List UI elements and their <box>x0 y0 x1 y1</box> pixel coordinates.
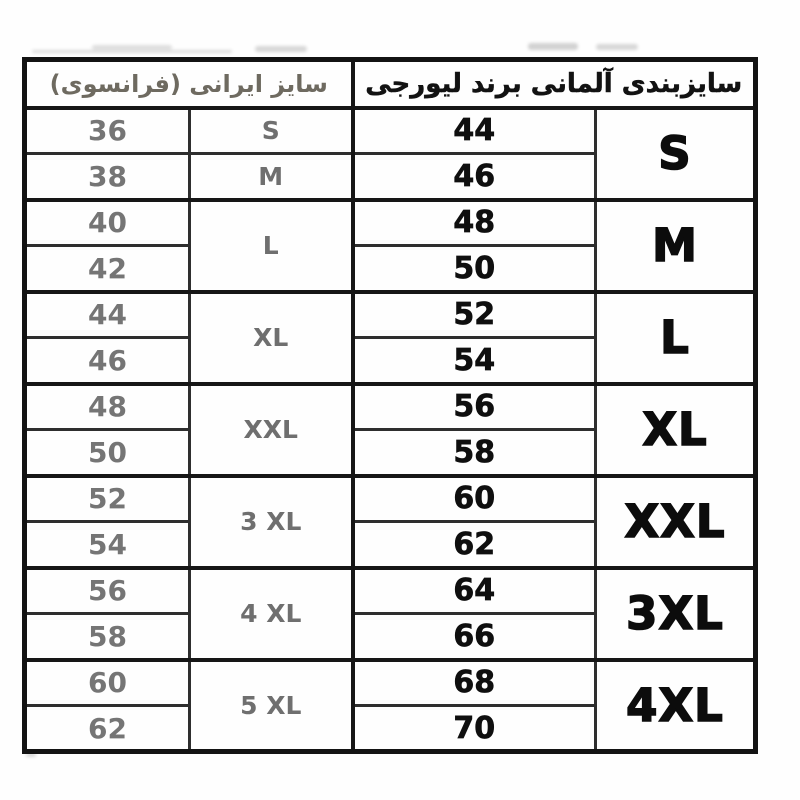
iran-label-cell: XXL <box>190 384 353 476</box>
iran-label-cell: M <box>190 154 353 200</box>
livergy-size-cell: 60 <box>353 476 596 522</box>
page-background: سایز ایرانی (فرانسوی) سایزبندی آلمانی بر… <box>0 0 800 800</box>
artifact-smudge <box>32 50 232 53</box>
table-header-row: سایز ایرانی (فرانسوی) سایزبندی آلمانی بر… <box>25 60 756 108</box>
iran-size-cell: 56 <box>25 568 190 614</box>
iran-label-cell: L <box>190 200 353 292</box>
iran-label-cell: S <box>190 108 353 154</box>
livergy-label-cell: L <box>596 292 756 384</box>
table-row: 56 4 XL 64 3XL <box>25 568 756 614</box>
iran-size-cell: 62 <box>25 706 190 752</box>
iran-size-cell: 46 <box>25 338 190 384</box>
livergy-size-cell: 50 <box>353 246 596 292</box>
livergy-size-cell: 54 <box>353 338 596 384</box>
iran-size-cell: 38 <box>25 154 190 200</box>
livergy-label-cell: 4XL <box>596 660 756 752</box>
livergy-size-cell: 68 <box>353 660 596 706</box>
livergy-label-cell: XXL <box>596 476 756 568</box>
artifact-smudge <box>596 44 638 50</box>
livergy-size-cell: 58 <box>353 430 596 476</box>
iran-label-cell: XL <box>190 292 353 384</box>
table-row: 44 XL 52 L <box>25 292 756 338</box>
livergy-size-cell: 64 <box>353 568 596 614</box>
livergy-size-cell: 66 <box>353 614 596 660</box>
iran-label-cell: 3 XL <box>190 476 353 568</box>
livergy-label-cell: XL <box>596 384 756 476</box>
livergy-size-cell: 46 <box>353 154 596 200</box>
iran-size-cell: 58 <box>25 614 190 660</box>
iran-size-cell: 54 <box>25 522 190 568</box>
artifact-smudge <box>528 43 578 50</box>
livergy-size-cell: 62 <box>353 522 596 568</box>
iran-label-cell: 4 XL <box>190 568 353 660</box>
livergy-label-cell: 3XL <box>596 568 756 660</box>
iran-size-cell: 36 <box>25 108 190 154</box>
livergy-size-cell: 48 <box>353 200 596 246</box>
artifact-smudge <box>255 46 307 52</box>
artifact-smudge <box>92 45 172 50</box>
livergy-size-cell: 56 <box>353 384 596 430</box>
livergy-size-cell: 44 <box>353 108 596 154</box>
livergy-label-cell: M <box>596 200 756 292</box>
iran-size-cell: 60 <box>25 660 190 706</box>
iran-size-cell: 40 <box>25 200 190 246</box>
table-row: 52 3 XL 60 XXL <box>25 476 756 522</box>
table-row: 48 XXL 56 XL <box>25 384 756 430</box>
header-iran-french-size: سایز ایرانی (فرانسوی) <box>25 60 353 108</box>
iran-size-cell: 48 <box>25 384 190 430</box>
livergy-size-cell: 70 <box>353 706 596 752</box>
header-livergy-german-size: سایزبندی آلمانی برند لیورجی <box>353 60 756 108</box>
iran-size-cell: 44 <box>25 292 190 338</box>
table-row: 40 L 48 M <box>25 200 756 246</box>
iran-size-cell: 42 <box>25 246 190 292</box>
table-row: 36 S 44 S <box>25 108 756 154</box>
size-conversion-table: سایز ایرانی (فرانسوی) سایزبندی آلمانی بر… <box>22 57 758 754</box>
iran-size-cell: 50 <box>25 430 190 476</box>
livergy-size-cell: 52 <box>353 292 596 338</box>
iran-size-cell: 52 <box>25 476 190 522</box>
iran-label-cell: 5 XL <box>190 660 353 752</box>
table-row: 60 5 XL 68 4XL <box>25 660 756 706</box>
livergy-label-cell: S <box>596 108 756 200</box>
